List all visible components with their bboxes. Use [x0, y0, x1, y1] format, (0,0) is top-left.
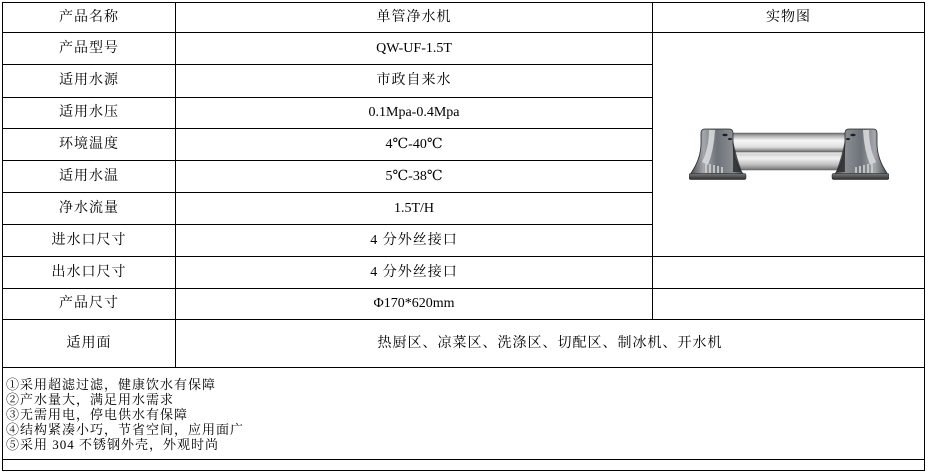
product-photo-cell [653, 33, 925, 257]
spec-label: 产品尺寸 [3, 289, 176, 320]
spacer-cell [3, 460, 925, 471]
empty-cell [653, 289, 925, 320]
spec-value: 0.1Mpa-0.4Mpa [176, 98, 653, 129]
application-value: 热厨区、凉菜区、洗涤区、切配区、制冰机、开水机 [176, 320, 925, 368]
spec-value: 1.5T/H [176, 193, 653, 225]
bottom-spacer-row [3, 460, 925, 471]
note-line-4: ④结构紧凑小巧，节省空间，应用面广 [6, 422, 920, 437]
spec-value: QW-UF-1.5T [176, 33, 653, 65]
spec-value: Φ170*620mm [176, 289, 653, 320]
header-product-name-value: 单管净水机 [176, 3, 653, 33]
spec-row-model: 产品型号 QW-UF-1.5T [3, 33, 925, 65]
note-line-2: ②产水量大，满足用水需求 [6, 392, 920, 407]
spec-label: 适用水温 [3, 161, 176, 193]
spec-value: 4 分外丝接口 [176, 257, 653, 289]
spec-value: 5℃-38℃ [176, 161, 653, 193]
spec-label: 出水口尺寸 [3, 257, 176, 289]
notes-row: ①采用超滤过滤，健康饮水有保障 ②产水量大，满足用水需求 ③无需用电，停电供水有… [3, 368, 925, 460]
spec-value: 市政自来水 [176, 65, 653, 98]
note-line-3: ③无需用电，停电供水有保障 [6, 407, 920, 422]
feature-notes: ①采用超滤过滤，健康饮水有保障 ②产水量大，满足用水需求 ③无需用电，停电供水有… [3, 368, 925, 460]
header-product-name-label: 产品名称 [3, 3, 176, 33]
spec-value: 4℃-40℃ [176, 129, 653, 161]
empty-cell [653, 257, 925, 289]
spec-row-outlet-size: 出水口尺寸 4 分外丝接口 [3, 257, 925, 289]
header-photo-label: 实物图 [653, 3, 925, 33]
spec-table: 产品名称 单管净水机 实物图 产品型号 QW-UF-1.5T [2, 2, 925, 471]
spec-label: 净水流量 [3, 193, 176, 225]
spec-row-product-size: 产品尺寸 Φ170*620mm [3, 289, 925, 320]
spec-value: 4 分外丝接口 [176, 225, 653, 257]
spec-label: 产品型号 [3, 33, 176, 65]
spec-label: 进水口尺寸 [3, 225, 176, 257]
spec-label: 适用水源 [3, 65, 176, 98]
note-line-5: ⑤采用 304 不锈钢外壳，外观时尚 [6, 437, 920, 452]
header-row: 产品名称 单管净水机 实物图 [3, 3, 925, 33]
water-purifier-photo-icon [689, 126, 889, 184]
application-label: 适用面 [3, 320, 176, 368]
product-spec-sheet: 产品名称 单管净水机 实物图 产品型号 QW-UF-1.5T [0, 0, 930, 472]
spec-label: 适用水压 [3, 98, 176, 129]
spec-label: 环境温度 [3, 129, 176, 161]
note-line-1: ①采用超滤过滤，健康饮水有保障 [6, 377, 920, 392]
application-row: 适用面 热厨区、凉菜区、洗涤区、切配区、制冰机、开水机 [3, 320, 925, 368]
